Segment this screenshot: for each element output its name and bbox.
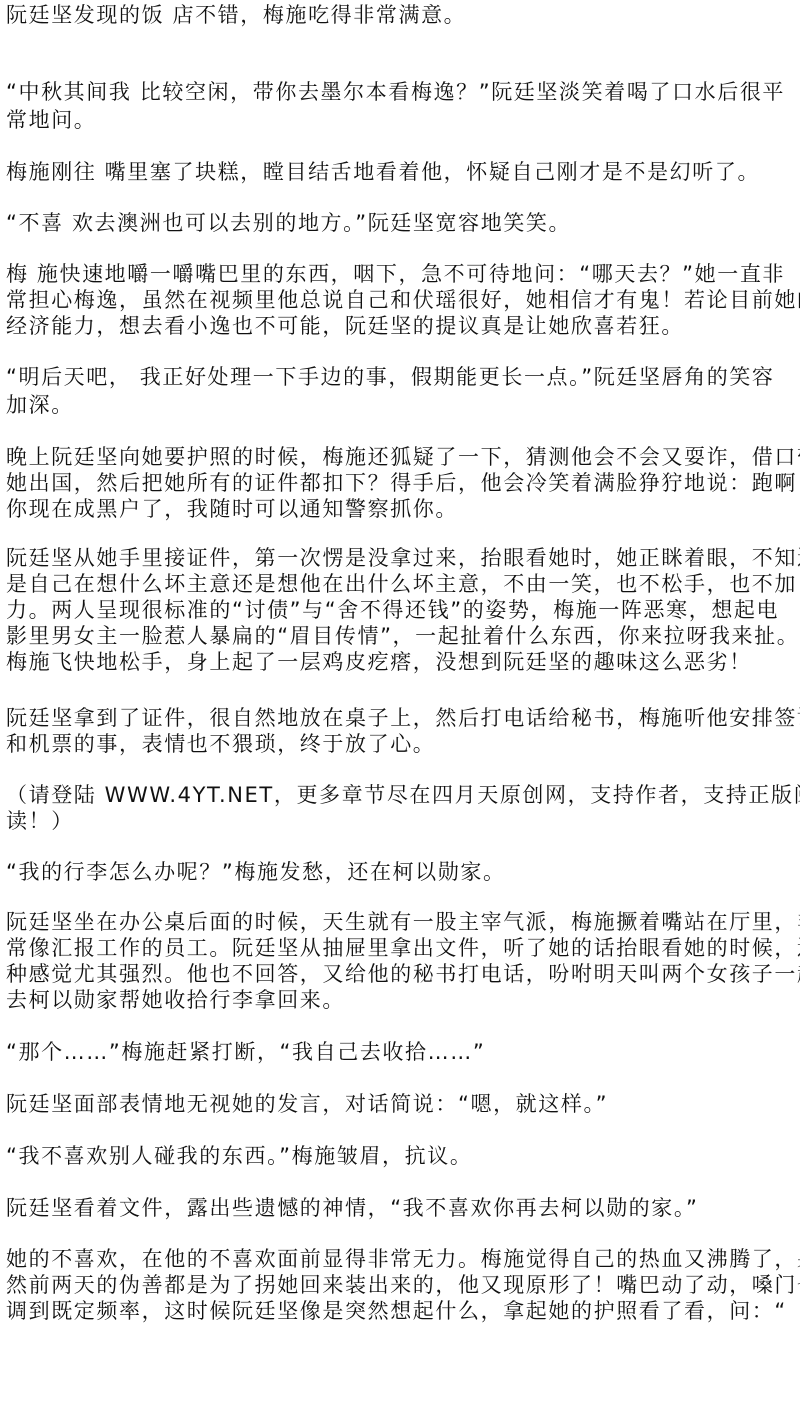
text-line: “那个……”梅施赶紧打断，“我自己去收拾……” xyxy=(6,1039,796,1065)
text-line: 常担心梅逸，虽然在视频里他总说自己和伏瑶很好，她相信才有鬼！若论目前她的 xyxy=(6,287,796,313)
text-line: 调到既定频率，这时候阮廷坚像是突然想起什么，拿起她的护照看了看，问：“ xyxy=(6,1298,796,1324)
text-line: 常地问。 xyxy=(6,107,796,133)
text-line: 和机票的事，表情也不猥琐，终于放了心。 xyxy=(6,731,796,757)
text-line: 晚上阮廷坚向她要护照的时候，梅施还狐疑了一下，猜测他会不会又耍诈，借口带 xyxy=(6,444,796,470)
text-line: 加深。 xyxy=(6,392,796,418)
text-line: 阮廷坚发现的饭 店不错，梅施吃得非常满意。 xyxy=(6,2,796,28)
text-line: 阮廷坚从她手里接证件，第一次愣是没拿过来，抬眼看她时，她正眯着眼，不知道 xyxy=(6,545,796,571)
text-line: “我不喜欢别人碰我的东西。”梅施皱眉，抗议。 xyxy=(6,1143,796,1169)
text-line: 你现在成黑户了，我随时可以通知警察抓你。 xyxy=(6,496,796,522)
text-line: “不喜 欢去澳洲也可以去别的地方。”阮廷坚宽容地笑笑。 xyxy=(6,210,796,236)
text-line: 阮廷坚拿到了证件，很自然地放在桌子上，然后打电话给秘书，梅施听他安排签证 xyxy=(6,705,796,731)
text-line: 经济能力，想去看小逸也不可能，阮廷坚的提议真是让她欣喜若狂。 xyxy=(6,313,796,339)
text-line: 然前两天的伪善都是为了拐她回来装出来的，他又现原形了！嘴巴动了动，嗓门也 xyxy=(6,1272,796,1298)
text-line: 影里男女主一脸惹人暴扁的“眉目传情”，一起扯着什么东西，你来拉呀我来扯。 xyxy=(6,623,796,649)
text-line: 阮廷坚面部表情地无视她的发言，对话简说：“嗯，就这样。” xyxy=(6,1091,796,1117)
document-page: 阮廷坚发现的饭 店不错，梅施吃得非常满意。“中秋其间我 比较空闲，带你去墨尔本看… xyxy=(0,0,800,1428)
text-line: 常像汇报工作的员工。阮廷坚从抽屉里拿出文件，听了她的话抬眼看她的时候，这 xyxy=(6,935,796,961)
text-line: 梅施飞快地松手，身上起了一层鸡皮疙瘩，没想到阮廷坚的趣味这么恶劣！ xyxy=(6,649,796,675)
text-line: 她的不喜欢，在他的不喜欢面前显得非常无力。梅施觉得自己的热血又沸腾了，果 xyxy=(6,1246,796,1272)
text-line: “我的行李怎么办呢？”梅施发愁，还在柯以勋家。 xyxy=(6,859,796,885)
text-line: （请登陆 WWW.4YT.NET，更多章节尽在四月天原创网，支持作者，支持正版阅 xyxy=(6,782,796,808)
text-line: 阮廷坚看着文件，露出些遗憾的神情，“我不喜欢你再去柯以勋的家。” xyxy=(6,1195,796,1221)
text-line: 去柯以勋家帮她收拾行李拿回来。 xyxy=(6,987,796,1013)
text-line: 阮廷坚坐在办公桌后面的时候，天生就有一股主宰气派，梅施撅着嘴站在厅里，非 xyxy=(6,909,796,935)
text-line: 她出国，然后把她所有的证件都扣下？得手后，他会冷笑着满脸狰狞地说：跑啊！ xyxy=(6,470,796,496)
text-line: 读！） xyxy=(6,808,796,834)
text-line: 是自己在想什么坏主意还是想他在出什么坏主意，不由一笑，也不松手，也不加 xyxy=(6,571,796,597)
text-line: 种感觉尤其强烈。他也不回答，又给他的秘书打电话，吩咐明天叫两个女孩子一起 xyxy=(6,961,796,987)
text-line: 梅施刚往 嘴里塞了块糕，瞠目结舌地看着他，怀疑自己刚才是不是幻听了。 xyxy=(6,159,796,185)
text-line: 力。两人呈现很标准的“讨债”与“舍不得还钱”的姿势，梅施一阵恶寒，想起电 xyxy=(6,597,796,623)
text-line: 梅 施快速地嚼一嚼嘴巴里的东西，咽下，急不可待地问：“哪天去？”她一直非 xyxy=(6,261,796,287)
text-line: “中秋其间我 比较空闲，带你去墨尔本看梅逸？”阮廷坚淡笑着喝了口水后很平 xyxy=(6,79,796,105)
text-line: “明后天吧， 我正好处理一下手边的事，假期能更长一点。”阮廷坚唇角的笑容 xyxy=(6,364,796,390)
